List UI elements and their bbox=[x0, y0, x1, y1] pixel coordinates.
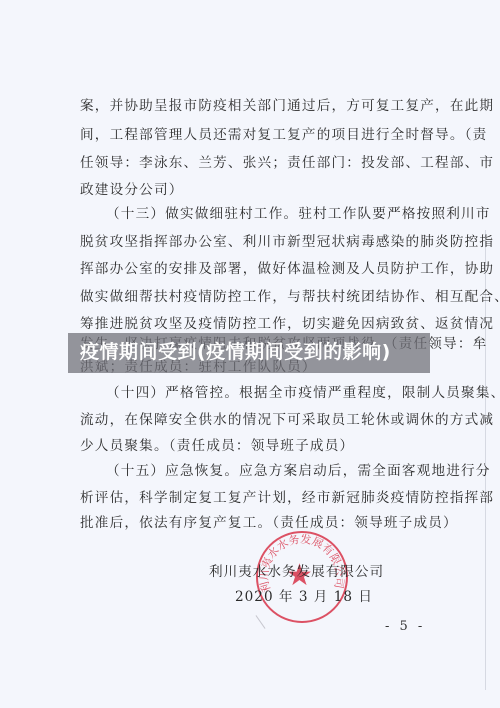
text-line: 案，并协助呈报市防疫相关部门通过后，方可复工复产，在此期 bbox=[80, 96, 420, 116]
text-line: 政建设分公司） bbox=[80, 180, 420, 200]
text-line: 脱贫攻坚指挥部办公室、利川市新型冠状病毒感染的肺炎防控指 bbox=[80, 232, 420, 252]
page-number: - 5 - bbox=[385, 619, 425, 634]
overlay-title: 疫情期间受到(疫情期间受到的影响) bbox=[80, 338, 391, 366]
text-line: 做实做细帮扶村疫情防控工作，与帮扶村统团结协作、相互配合、 bbox=[80, 287, 420, 307]
text-line: 流动，在保障安全供水的情况下可采取员工轮休或调休的方式减 bbox=[80, 410, 420, 430]
document-page: 案，并协助呈报市防疫相关部门通过后，方可复工复产，在此期 间，工程部管理人员还需… bbox=[0, 0, 500, 708]
signature-company: 利川夷水水务发展有限公司 bbox=[209, 560, 384, 580]
text-line: 批准后，依法有序复产复工。（责任成员：领导班子成员） bbox=[80, 513, 420, 533]
text-line: （十五）应急恢复。应急方案启动后，需全面客观地进行分 bbox=[106, 461, 420, 481]
text-line: 筹推进脱贫攻坚及疫情防控工作，切实避免因病致贫、返贫情况 bbox=[80, 314, 420, 334]
text-line: 任领导：李泳东、兰芳、张兴；责任部门：投发部、工程部、市 bbox=[80, 153, 420, 173]
text-line: （十三）做实做细驻村工作。驻村工作队要严格按照利川市 bbox=[106, 204, 420, 224]
text-line: 析评估，科学制定复工复产计划，经市新冠肺炎疫情防控指挥部 bbox=[80, 488, 420, 508]
text-line: 少人员聚集。（责任成员：领导班子成员） bbox=[80, 436, 420, 456]
text-line: 挥部办公室的安排及部署，做好体温检测及人员防护工作，协助 bbox=[80, 259, 420, 279]
text-line: （十四）严格管控。根据全市疫情严重程度，限制人员聚集、 bbox=[106, 383, 420, 403]
text-line: 间，工程部管理人员还需对复工复产的项目进行全时督导。（责 bbox=[80, 125, 420, 145]
signature-date: 2020 年 3 月 18 日 bbox=[235, 585, 373, 605]
